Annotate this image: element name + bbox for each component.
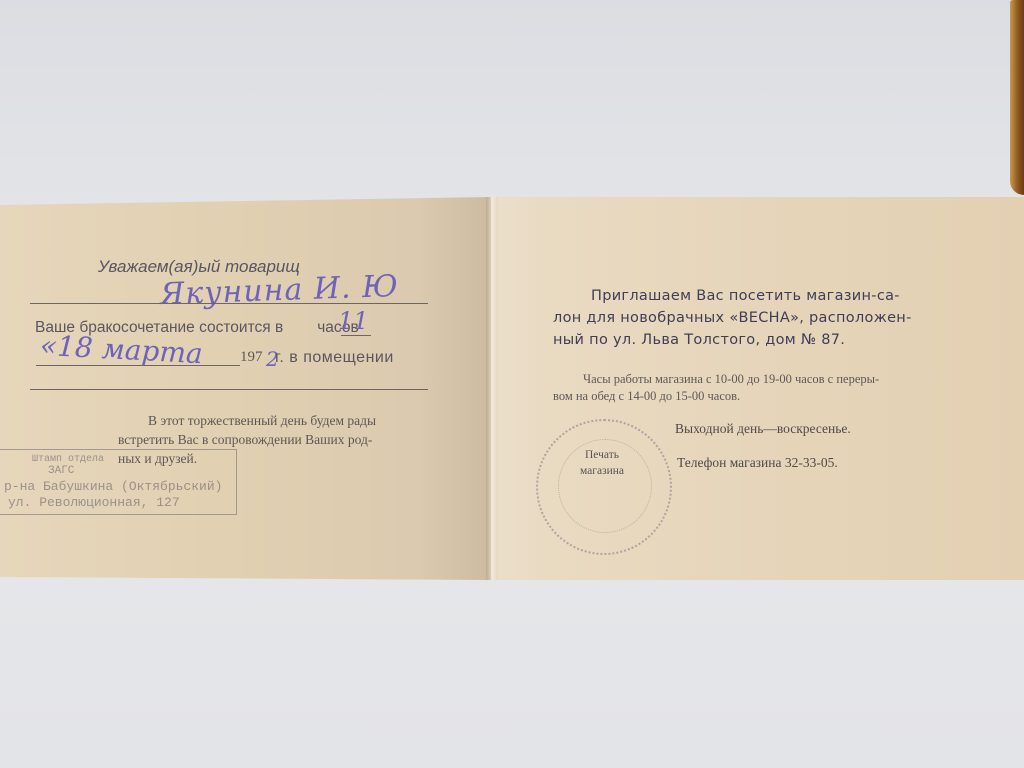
background-object (1010, 0, 1024, 195)
invitation-card: Уважаем(ая)ый товарищ Якунина И. Ю Ваше … (0, 197, 1024, 580)
store-phone: Телефон магазина 32-33-05. (677, 455, 838, 471)
card-fold (486, 197, 498, 580)
name-underline (30, 303, 428, 304)
paragraph-line: встретить Вас в сопровождении Ваших род- (118, 430, 430, 449)
hour-underline (341, 335, 371, 336)
hours-line: вом на обед с 14-00 до 15-00 часов. (553, 388, 879, 405)
stamp-line: Штамп отдела (32, 454, 104, 465)
date-underline (36, 365, 240, 366)
handwritten-hour: 11 (338, 307, 369, 335)
hours-line: Часы работы магазина с 10-00 до 19-00 ча… (553, 371, 879, 388)
zags-stamp: Штамп отдела ЗАГС р-на Бабушкина (Октябр… (0, 449, 237, 515)
date-suffix: г. в помещении (275, 349, 394, 367)
stamp-line: ул. Революционная, 127 (8, 495, 180, 510)
stamp-label-line: магазина (572, 463, 632, 479)
year-printed: 197 (240, 349, 263, 366)
stamp-line: р-на Бабушкина (Октябрьский) (4, 479, 222, 494)
stamp-label-line: Печать (572, 447, 632, 463)
salon-invitation: Приглашаем Вас посетить магазин-са- лон … (553, 285, 912, 351)
venue-underline (30, 389, 428, 390)
left-page: Уважаем(ая)ый товарищ Якунина И. Ю Ваше … (0, 197, 491, 580)
paragraph-line: В этот торжественный день будем рады (118, 411, 430, 430)
handwritten-name: Якунина И. Ю (159, 269, 399, 312)
shop-stamp-label: Печать магазина (572, 447, 632, 479)
stamp-line: ЗАГС (48, 465, 74, 477)
invite-line: лон для новобрачных «ВЕСНА», расположен- (553, 307, 912, 329)
invite-line: Приглашаем Вас посетить магазин-са- (553, 285, 912, 307)
shop-stamp-icon (536, 419, 672, 555)
store-hours: Часы работы магазина с 10-00 до 19-00 ча… (553, 371, 879, 405)
day-off-text: Выходной день—воскресенье. (675, 421, 851, 437)
invite-line: ный по ул. Льва Толстого, дом № 87. (553, 329, 912, 351)
